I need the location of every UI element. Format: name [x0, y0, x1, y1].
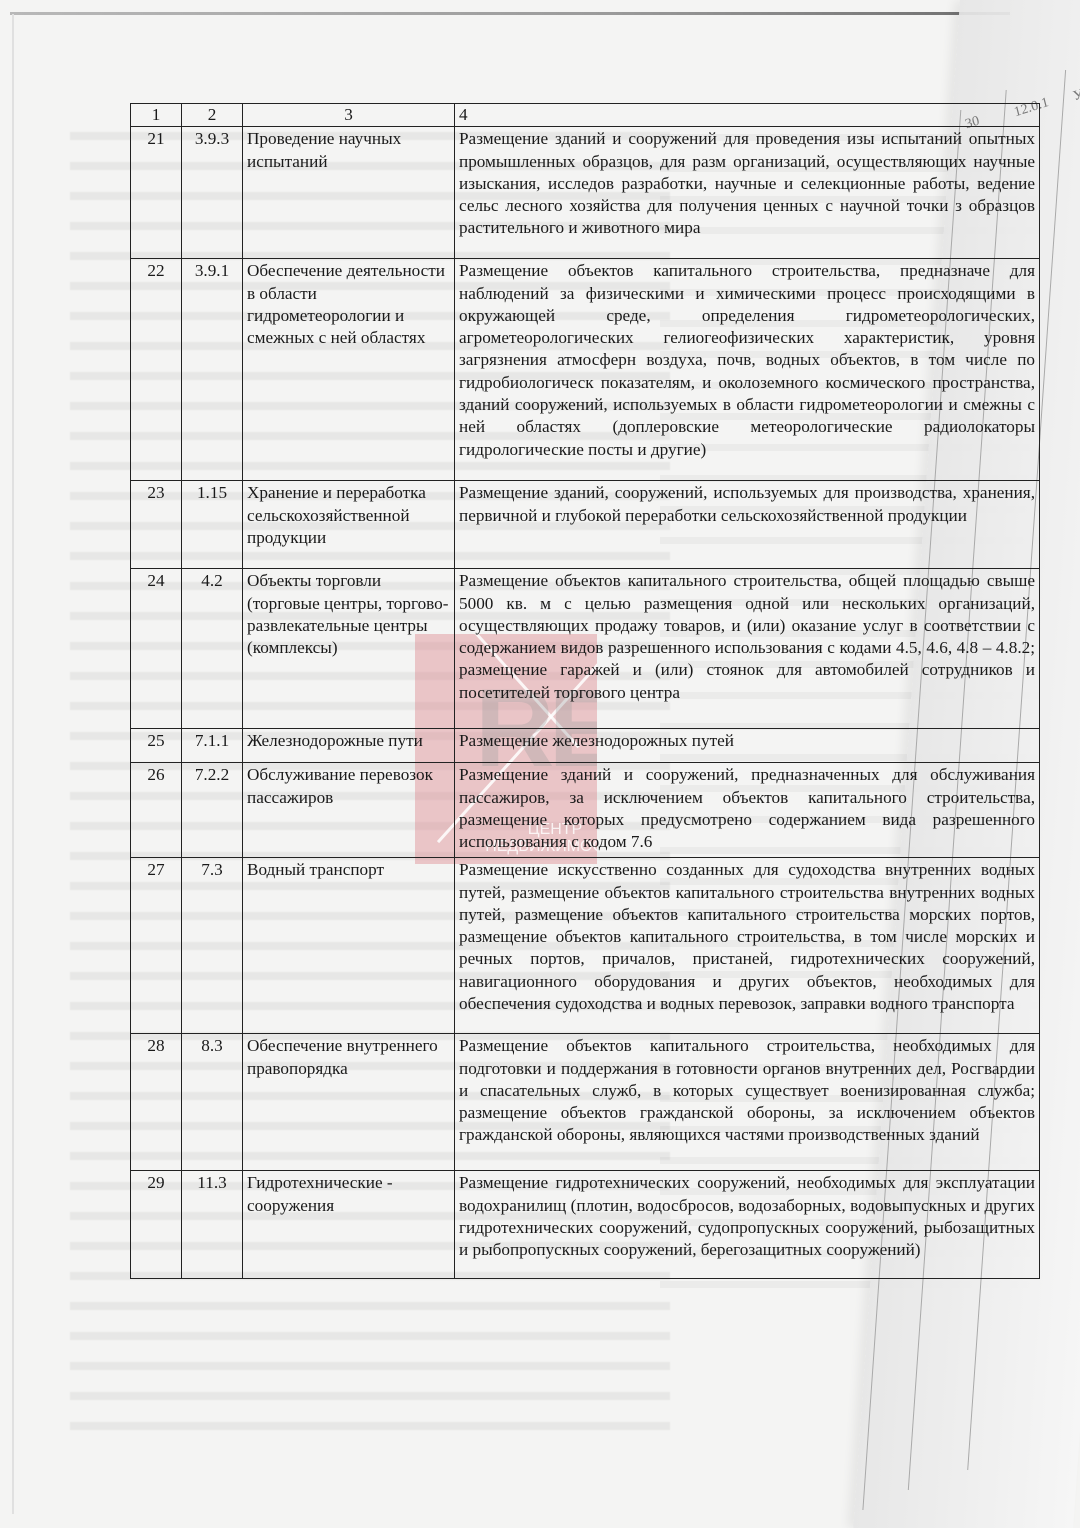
- row-code: 1.15: [182, 481, 243, 569]
- row-number: 22: [131, 259, 182, 481]
- row-name: Обеспечение деятельности в области гидро…: [243, 259, 455, 481]
- row-description: Размещение зданий и сооружений для прове…: [455, 127, 1040, 259]
- row-name: Хранение и переработка сельскохозяйствен…: [243, 481, 455, 569]
- row-code: 3.9.1: [182, 259, 243, 481]
- row-name: Гидротехнические - сооружения: [243, 1171, 455, 1279]
- row-name: Железнодорожные пути: [243, 729, 455, 763]
- row-number: 25: [131, 729, 182, 763]
- row-code: 8.3: [182, 1034, 243, 1171]
- row-code: 3.9.3: [182, 127, 243, 259]
- scan-edge-top: [10, 12, 1010, 15]
- table-row: 2911.3Гидротехнические - сооруженияРазме…: [131, 1171, 1040, 1279]
- table-header-row: 1 2 3 4: [131, 104, 1040, 127]
- row-number: 28: [131, 1034, 182, 1171]
- row-code: 7.2.2: [182, 763, 243, 858]
- table-row: 267.2.2Обслуживание перевозок пассажиров…: [131, 763, 1040, 858]
- table-row: 257.1.1Железнодорожные путиРазмещение же…: [131, 729, 1040, 763]
- table-row: 231.15Хранение и переработка сельскохозя…: [131, 481, 1040, 569]
- table-row: 277.3Водный транспортРазмещение искусств…: [131, 858, 1040, 1034]
- header-col-3: 3: [243, 104, 455, 127]
- row-number: 24: [131, 569, 182, 729]
- row-description: Размещение объектов капитального строите…: [455, 569, 1040, 729]
- row-name: Водный транспорт: [243, 858, 455, 1034]
- table-row: 223.9.1Обеспечение деятельности в област…: [131, 259, 1040, 481]
- row-code: 11.3: [182, 1171, 243, 1279]
- row-name: Обеспечение внутреннего правопорядка: [243, 1034, 455, 1171]
- row-description: Размещение объектов капитального строите…: [455, 1034, 1040, 1171]
- table-row: 288.3Обеспечение внутреннего правопорядк…: [131, 1034, 1040, 1171]
- header-col-1: 1: [131, 104, 182, 127]
- land-use-table: 1 2 3 4 213.9.3Проведение научных испыта…: [130, 103, 1040, 1279]
- row-description: Размещение железнодорожных путей: [455, 729, 1040, 763]
- row-description: Размещение зданий, сооружений, используе…: [455, 481, 1040, 569]
- row-description: Размещение искусственно созданных для су…: [455, 858, 1040, 1034]
- row-number: 27: [131, 858, 182, 1034]
- row-number: 21: [131, 127, 182, 259]
- row-number: 23: [131, 481, 182, 569]
- scan-edge-left: [12, 14, 14, 1514]
- row-description: Размещение объектов капитального строите…: [455, 259, 1040, 481]
- row-description: Размещение зданий и сооружений, предназн…: [455, 763, 1040, 858]
- row-description: Размещение гидротехнических сооружений, …: [455, 1171, 1040, 1279]
- row-name: Обслуживание перевозок пассажиров: [243, 763, 455, 858]
- table-row: 244.2Объекты торговли (торговые центры, …: [131, 569, 1040, 729]
- row-number: 26: [131, 763, 182, 858]
- header-col-2: 2: [182, 104, 243, 127]
- folded-page-cell: Ул: [1072, 85, 1080, 105]
- row-code: 4.2: [182, 569, 243, 729]
- table-row: 213.9.3Проведение научных испытанийРазме…: [131, 127, 1040, 259]
- row-name: Объекты торговли (торговые центры, торго…: [243, 569, 455, 729]
- row-number: 29: [131, 1171, 182, 1279]
- row-code: 7.3: [182, 858, 243, 1034]
- row-name: Проведение научных испытаний: [243, 127, 455, 259]
- row-code: 7.1.1: [182, 729, 243, 763]
- header-col-4: 4: [455, 104, 1040, 127]
